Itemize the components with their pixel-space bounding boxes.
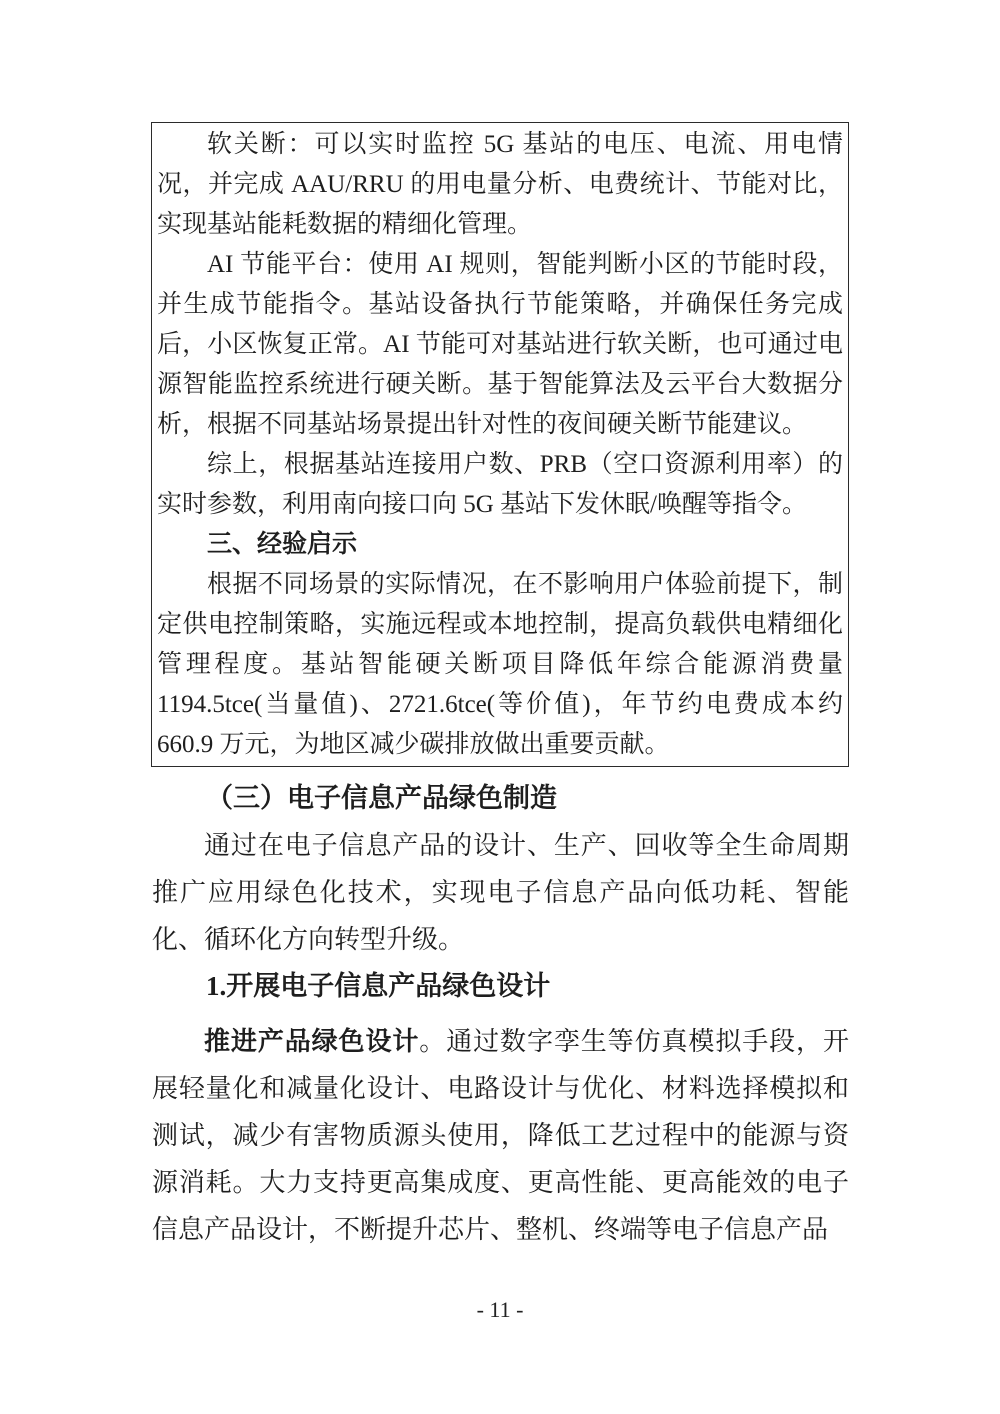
para-promote-design-rest: 。通过数字孪生等仿真模拟手段，开展轻量化和减量化设计、电路设计与优化、材料选择模… <box>152 1027 849 1244</box>
para-ai-platform: AI 节能平台：使用 AI 规则，智能判断小区的节能时段，并生成节能指令。基站设… <box>157 245 843 445</box>
para-promote-design: 推进产品绿色设计。通过数字孪生等仿真模拟手段，开展轻量化和减量化设计、电路设计与… <box>152 1018 849 1253</box>
para-summary: 综上，根据基站连接用户数、PRB（空口资源利用率）的实时参数，利用南向接口向 5… <box>157 445 843 525</box>
section-green-manufacturing: （三）电子信息产品绿色制造 通过在电子信息产品的设计、生产、回收等全生命周期推广… <box>152 775 849 1253</box>
section-heading-green-manufacturing: （三）电子信息产品绿色制造 <box>152 775 849 822</box>
para-soft-shutdown: 软关断：可以实时监控 5G 基站的电压、电流、用电情况，并完成 AAU/RRU … <box>157 125 843 245</box>
para-lifecycle-intro: 通过在电子信息产品的设计、生产、回收等全生命周期推广应用绿色化技术，实现电子信息… <box>152 822 849 963</box>
sub-heading-green-design: 1.开展电子信息产品绿色设计 <box>152 963 849 1010</box>
para-experience: 根据不同场景的实际情况，在不影响用户体验前提下，制定供电控制策略，实施远程或本地… <box>157 565 843 765</box>
para-promote-design-lead: 推进产品绿色设计 <box>204 1027 419 1056</box>
heading-experience: 三、经验启示 <box>157 525 843 565</box>
callout-box: 软关断：可以实时监控 5G 基站的电压、电流、用电情况，并完成 AAU/RRU … <box>151 122 849 767</box>
document-page: 软关断：可以实时监控 5G 基站的电压、电流、用电情况，并完成 AAU/RRU … <box>0 0 1000 1414</box>
page-footer: - 11 - <box>0 1297 1000 1323</box>
page-number: - 11 - <box>477 1297 524 1322</box>
